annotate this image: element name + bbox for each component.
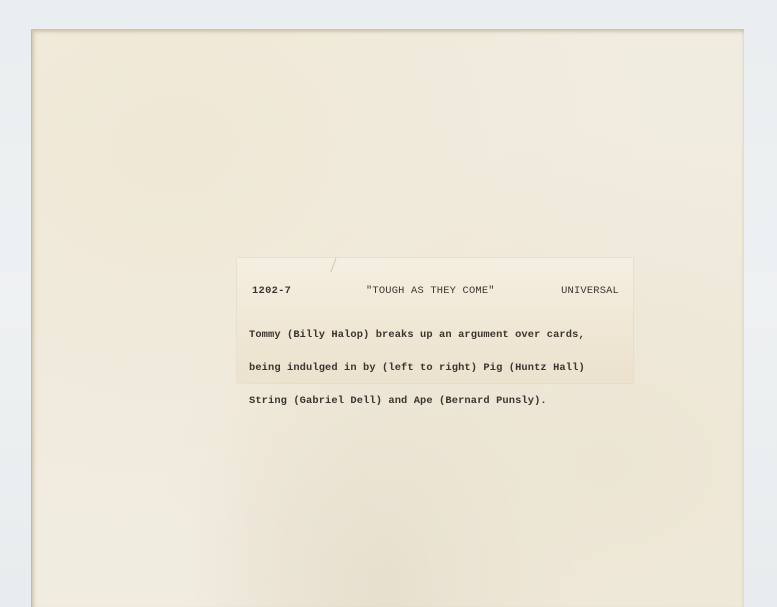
caption-text: Tommy (Billy Halop) breaks up an argumen… — [249, 308, 629, 429]
studio-name: UNIVERSAL — [561, 286, 619, 297]
caption-line: Tommy (Billy Halop) breaks up an argumen… — [249, 330, 629, 341]
film-title: "TOUGH AS THEY COME" — [366, 286, 495, 297]
still-number: 1202-7 — [252, 286, 291, 297]
label-tear-mark — [330, 258, 350, 272]
caption-line: String (Gabriel Dell) and Ape (Bernard P… — [249, 396, 629, 407]
caption-label: 1202-7 "TOUGH AS THEY COME" UNIVERSAL To… — [237, 258, 633, 383]
label-header: 1202-7 "TOUGH AS THEY COME" UNIVERSAL — [252, 286, 619, 298]
caption-line: being indulged in by (left to right) Pig… — [249, 363, 629, 374]
